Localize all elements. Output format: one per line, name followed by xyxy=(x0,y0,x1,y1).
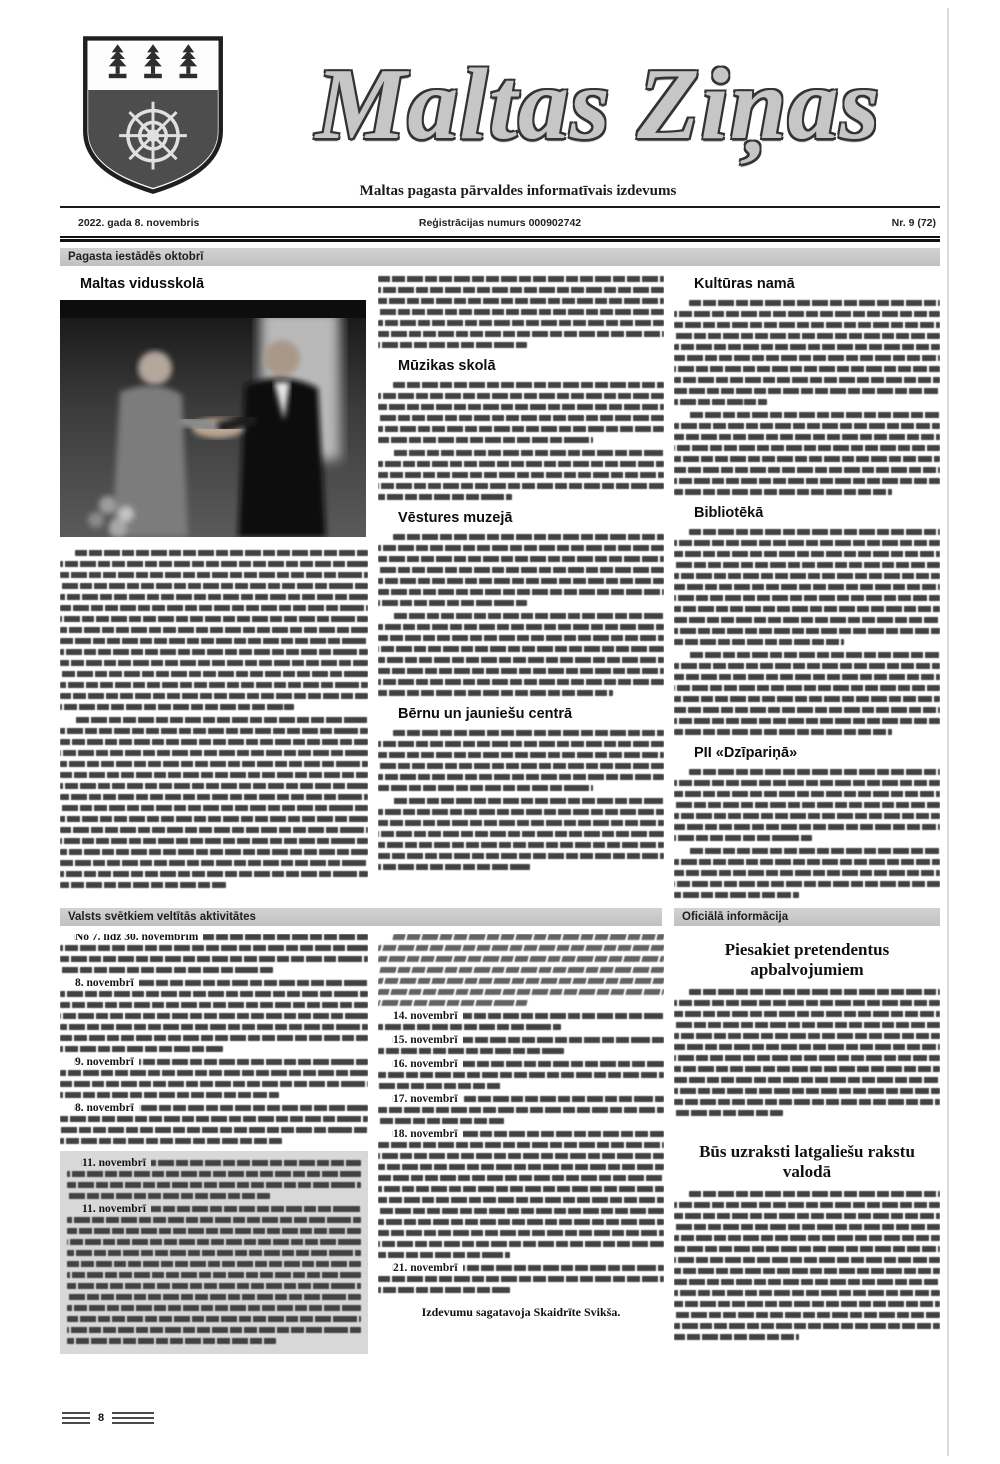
paragraph-text xyxy=(60,550,368,710)
coat-of-arms-icon xyxy=(78,34,228,196)
text-line xyxy=(60,671,368,677)
text-line xyxy=(67,1272,361,1278)
column-1: Maltas vidusskolā xyxy=(60,272,368,908)
text-line xyxy=(60,638,368,644)
text-line xyxy=(674,377,940,383)
paragraph-lead-date: 16. novembrī xyxy=(393,1058,463,1070)
text-line xyxy=(689,529,940,535)
paragraph-text: 14. novembrī xyxy=(378,1013,664,1030)
text-line xyxy=(378,1083,501,1089)
text-line xyxy=(60,1081,368,1087)
text-line xyxy=(60,794,368,800)
paragraph-lead-date: 11. novembrī xyxy=(82,1203,151,1215)
text-line xyxy=(378,635,664,641)
article-heading-kindergarten: PII «Dzīpariņā» xyxy=(694,745,940,761)
paragraph-text xyxy=(378,730,664,791)
article-body-continued xyxy=(378,276,664,348)
text-line xyxy=(60,772,368,778)
text-line xyxy=(378,763,664,769)
text-line xyxy=(378,624,664,630)
text-line xyxy=(378,1241,664,1247)
text-line xyxy=(689,412,940,418)
text-line xyxy=(378,690,613,696)
text-line xyxy=(674,870,940,876)
text-line xyxy=(378,978,664,984)
text-line xyxy=(674,1055,940,1061)
text-line xyxy=(674,628,940,634)
text-line xyxy=(689,989,940,995)
official-body-latgalian-signs xyxy=(674,1191,940,1340)
text-line xyxy=(60,1024,368,1030)
text-line xyxy=(60,693,368,699)
text-line xyxy=(674,729,892,735)
paragraph-lead-date: 9. novembrī xyxy=(75,1056,139,1068)
text-line xyxy=(378,1197,664,1203)
paragraph-text xyxy=(674,529,940,645)
paragraph-text xyxy=(378,450,664,500)
text-line xyxy=(674,478,940,484)
paragraph-text xyxy=(378,613,664,696)
text-line xyxy=(378,276,664,282)
text-line xyxy=(60,838,368,844)
paragraph-text xyxy=(378,276,664,348)
text-line xyxy=(674,606,940,612)
text-line xyxy=(674,835,812,841)
text-line xyxy=(378,1000,527,1006)
text-line xyxy=(674,1066,940,1072)
text-line xyxy=(60,991,368,997)
text-line xyxy=(378,342,527,348)
text-line xyxy=(674,1077,940,1083)
text-line xyxy=(674,1334,799,1340)
paragraph-lead-date: No 7. līdz 30. novembrim xyxy=(75,934,203,943)
text-line xyxy=(674,355,940,361)
text-line xyxy=(393,730,664,736)
paragraph-text xyxy=(60,717,368,888)
text-line xyxy=(393,534,664,540)
text-line xyxy=(67,1239,361,1245)
text-line xyxy=(674,685,940,691)
text-line xyxy=(378,741,664,747)
official-heading-latgalian-signs: Būs uzraksti latgaliešu rakstu valodā xyxy=(678,1142,936,1182)
text-line xyxy=(674,584,940,590)
text-line xyxy=(689,1191,940,1197)
text-line xyxy=(67,1171,361,1177)
text-line xyxy=(674,344,940,350)
text-line xyxy=(674,1235,940,1241)
text-line xyxy=(674,333,940,339)
text-line xyxy=(60,728,368,734)
text-line xyxy=(378,785,593,791)
official-heading-awards: Piesakiet pretendentus apbalvojumiem xyxy=(678,940,936,980)
text-line xyxy=(378,1208,664,1214)
paragraph-text xyxy=(378,798,664,870)
text-line xyxy=(378,679,664,685)
newspaper-page: Maltas Ziņas Maltas pagasta pārvaldes in… xyxy=(0,0,1000,1464)
paragraph-text xyxy=(378,382,664,443)
paragraph-text: 21. novembrī xyxy=(378,1265,664,1293)
activities-column-2: 14. novembrī15. novembrī16. novembrī17. … xyxy=(378,934,664,1414)
issue-number: Nr. 9 (72) xyxy=(892,217,936,229)
paragraph-lead-date: 8. novembrī xyxy=(75,1102,139,1114)
text-line xyxy=(60,750,368,756)
article-heading-library: Bibliotēkā xyxy=(694,505,940,521)
text-line xyxy=(60,945,368,951)
text-line xyxy=(378,668,664,674)
newspaper-title: Maltas Ziņas xyxy=(248,44,948,194)
text-line xyxy=(378,1072,664,1078)
text-line xyxy=(67,1217,361,1223)
text-line xyxy=(674,718,940,724)
text-line xyxy=(674,813,940,819)
text-line xyxy=(378,945,664,951)
paragraph-text xyxy=(674,412,940,495)
paragraph-lead-date: 17. novembrī xyxy=(393,1093,463,1105)
text-line xyxy=(378,589,664,595)
text-line xyxy=(674,1246,940,1252)
dateline-rule xyxy=(60,236,940,242)
paragraph-lead-date: 11. novembrī xyxy=(82,1157,151,1169)
article-heading-culture-house: Kultūras namā xyxy=(694,276,940,292)
text-line xyxy=(689,652,940,658)
text-line xyxy=(75,550,368,556)
text-line xyxy=(378,1287,510,1293)
text-line xyxy=(674,639,844,645)
paragraph-lead-date: 14. novembrī xyxy=(393,1010,463,1022)
text-line xyxy=(392,934,664,940)
dateline: 2022. gada 8. novembris Reģistrācijas nu… xyxy=(60,214,940,234)
text-line xyxy=(378,1153,664,1159)
text-line xyxy=(674,388,940,394)
text-line xyxy=(674,1022,940,1028)
article-heading-museum: Vēstures muzejā xyxy=(398,510,664,526)
article-heading-music: Mūzikas skolā xyxy=(398,358,664,374)
text-line xyxy=(674,1099,940,1105)
text-line xyxy=(674,1044,940,1050)
paragraph-text: 16. novembrī xyxy=(378,1061,664,1089)
text-line xyxy=(60,1116,368,1122)
article-body-museum xyxy=(378,534,664,696)
paragraph-lead-date: 15. novembrī xyxy=(393,1034,463,1046)
text-line xyxy=(378,578,664,584)
text-line xyxy=(674,595,940,601)
text-line xyxy=(674,445,940,451)
text-line xyxy=(60,1013,368,1019)
text-line xyxy=(67,1327,361,1333)
text-line xyxy=(378,956,664,962)
text-line xyxy=(378,1186,664,1192)
activities-list: 14. novembrī15. novembrī16. novembrī17. … xyxy=(378,934,664,1293)
text-line xyxy=(60,871,368,877)
column-3: Kultūras namā Bibliotēkā PII «Dzīpariņā» xyxy=(674,272,940,908)
text-line xyxy=(378,461,664,467)
text-line xyxy=(60,1035,368,1041)
text-line xyxy=(378,393,664,399)
text-line xyxy=(378,545,664,551)
paragraph-text xyxy=(674,652,940,735)
text-line xyxy=(378,472,664,478)
text-line xyxy=(393,382,664,388)
article-body-library xyxy=(674,529,940,735)
text-line xyxy=(378,967,664,973)
text-line xyxy=(674,399,767,405)
column-2: Mūzikas skolā Vēstures muzejā Bērnu un j… xyxy=(378,272,664,908)
text-line xyxy=(60,605,368,611)
text-line xyxy=(378,556,664,562)
text-line xyxy=(674,824,940,830)
text-line xyxy=(378,600,527,606)
scan-edge-artifact xyxy=(947,8,949,1456)
text-line xyxy=(674,1268,940,1274)
text-line xyxy=(378,853,664,859)
text-line xyxy=(378,1164,664,1170)
paragraph-text xyxy=(378,934,664,1006)
activities-column-1: No 7. līdz 30. novembrim8. novembrī9. no… xyxy=(60,934,368,1394)
paragraph-text xyxy=(674,769,940,841)
section-bar-activities: Valsts svētkiem veltītās aktivitātes xyxy=(60,908,662,926)
text-line xyxy=(674,1088,940,1094)
article-body-music xyxy=(378,382,664,500)
text-line xyxy=(674,1224,940,1230)
paragraph-text xyxy=(674,848,940,898)
paragraph-text: 8. novembrī xyxy=(60,1105,368,1144)
text-line xyxy=(378,567,664,573)
text-line xyxy=(60,616,368,622)
text-line xyxy=(378,1024,561,1030)
text-line xyxy=(378,1219,664,1225)
text-line xyxy=(674,892,799,898)
text-line xyxy=(60,1127,368,1133)
text-line xyxy=(674,1033,940,1039)
text-line xyxy=(60,1092,279,1098)
section-bar-label: Valsts svētkiem veltītās aktivitātes xyxy=(60,908,662,926)
paragraph-text: 18. novembrī xyxy=(378,1131,664,1258)
text-line xyxy=(378,809,664,815)
text-line xyxy=(60,583,368,589)
text-line xyxy=(674,456,940,462)
text-line xyxy=(674,573,940,579)
article-heading-school: Maltas vidusskolā xyxy=(80,276,368,292)
text-line xyxy=(378,1276,664,1282)
text-line xyxy=(674,1000,940,1006)
text-line xyxy=(674,1110,783,1116)
text-line xyxy=(674,1312,940,1318)
article-photo xyxy=(60,300,366,537)
text-line xyxy=(674,859,940,865)
text-line xyxy=(60,649,368,655)
text-line xyxy=(60,827,368,833)
paragraph-lead-date: 8. novembrī xyxy=(75,977,139,989)
text-line xyxy=(378,646,664,652)
text-line xyxy=(674,1279,940,1285)
paragraph-text xyxy=(674,989,940,1116)
text-line xyxy=(674,551,940,557)
text-line xyxy=(67,1305,361,1311)
text-line xyxy=(674,881,940,887)
text-line xyxy=(674,366,940,372)
text-line xyxy=(674,1290,940,1296)
text-line xyxy=(378,831,664,837)
article-body-school xyxy=(60,550,368,888)
article-body-youth-centre xyxy=(378,730,664,870)
text-line xyxy=(75,717,368,723)
paragraph-text: No 7. līdz 30. novembrim xyxy=(60,934,368,973)
text-line xyxy=(674,617,940,623)
text-line xyxy=(378,842,664,848)
text-line xyxy=(378,820,664,826)
text-line xyxy=(67,1182,361,1188)
article-heading-youth-centre: Bērnu un jauniešu centrā xyxy=(398,706,664,722)
paragraph-text xyxy=(674,1191,940,1340)
text-line xyxy=(378,657,664,663)
text-line xyxy=(674,311,940,317)
text-line xyxy=(378,1230,664,1236)
activities-list: No 7. līdz 30. novembrim8. novembrī9. no… xyxy=(60,934,368,1144)
text-line xyxy=(60,594,368,600)
text-line xyxy=(60,1070,368,1076)
text-line xyxy=(674,1202,940,1208)
section-bar-pagasta-iestades: Pagasta iestādēs oktobrī xyxy=(60,248,940,266)
text-line xyxy=(378,1118,504,1124)
text-line xyxy=(60,660,368,666)
text-line xyxy=(378,1048,564,1054)
editor-credit: Izdevumu sagatavoja Skaidrīte Svikša. xyxy=(378,1305,664,1320)
text-line xyxy=(674,802,940,808)
text-line xyxy=(378,774,664,780)
text-line xyxy=(67,1338,276,1344)
paragraph-text xyxy=(378,534,664,606)
text-line xyxy=(674,1301,940,1307)
text-line xyxy=(378,309,664,315)
text-line xyxy=(378,437,593,443)
text-line xyxy=(674,780,940,786)
paragraph-lead-date: 18. novembrī xyxy=(393,1128,463,1140)
text-line xyxy=(674,467,940,473)
text-line xyxy=(60,956,368,962)
text-line xyxy=(674,707,940,713)
official-info-column: Piesakiet pretendentus apbalvojumiem Būs… xyxy=(674,934,940,1394)
text-line xyxy=(67,1294,361,1300)
text-line xyxy=(378,404,664,410)
text-line xyxy=(60,783,368,789)
section-bar-official: Oficiālā informācija xyxy=(674,908,940,926)
text-line xyxy=(378,331,664,337)
text-line xyxy=(674,423,940,429)
paragraph-text: 8. novembrī xyxy=(60,980,368,1052)
text-line xyxy=(378,298,664,304)
text-line xyxy=(60,805,368,811)
text-line xyxy=(674,322,940,328)
paragraph-text: 17. novembrī xyxy=(378,1096,664,1124)
text-line xyxy=(674,1213,940,1219)
text-line xyxy=(378,426,664,432)
text-line xyxy=(378,752,664,758)
text-line xyxy=(674,540,940,546)
text-line xyxy=(67,1193,270,1199)
text-line xyxy=(674,1257,940,1263)
text-line xyxy=(674,434,940,440)
page-number-strip: 8 xyxy=(62,1412,154,1427)
highlight-box: 11. novembrī11. novembrī xyxy=(60,1151,368,1354)
text-line xyxy=(60,860,368,866)
text-line xyxy=(674,696,940,702)
text-line xyxy=(60,849,368,855)
text-line xyxy=(67,1316,361,1322)
section-bar-label: Oficiālā informācija xyxy=(674,908,940,926)
official-body-awards xyxy=(674,989,940,1116)
text-line xyxy=(378,1252,510,1258)
text-line xyxy=(393,613,664,619)
registration-number: Reģistrācijas numurs 000902742 xyxy=(60,217,940,229)
text-line xyxy=(689,848,940,854)
text-line xyxy=(60,1046,223,1052)
text-line xyxy=(60,572,368,578)
text-line xyxy=(393,798,664,804)
text-line xyxy=(60,704,294,710)
text-line xyxy=(60,761,368,767)
newspaper-subtitle: Maltas pagasta pārvaldes informatīvais i… xyxy=(258,183,778,200)
text-line xyxy=(378,1175,664,1181)
text-line xyxy=(689,769,940,775)
text-line xyxy=(67,1283,361,1289)
text-line xyxy=(674,489,892,495)
paragraph-text: 15. novembrī xyxy=(378,1037,664,1054)
text-line xyxy=(378,494,512,500)
text-line xyxy=(378,483,664,489)
text-line xyxy=(393,450,664,456)
text-line xyxy=(674,562,940,568)
text-line xyxy=(378,287,664,293)
text-line xyxy=(67,1250,361,1256)
text-line xyxy=(689,300,940,306)
text-line xyxy=(378,864,530,870)
text-line xyxy=(674,663,940,669)
text-line xyxy=(60,967,273,973)
text-line xyxy=(60,816,368,822)
text-line xyxy=(60,882,226,888)
text-line xyxy=(378,1142,664,1148)
text-line xyxy=(60,1002,368,1008)
page-number: 8 xyxy=(90,1412,112,1427)
text-line xyxy=(378,1107,664,1113)
text-line xyxy=(674,674,940,680)
text-line xyxy=(60,561,368,567)
text-line xyxy=(674,1011,940,1017)
text-line xyxy=(378,415,664,421)
paragraph-text: 9. novembrī xyxy=(60,1059,368,1098)
text-line xyxy=(674,791,940,797)
text-line xyxy=(60,739,368,745)
section-bar-label: Pagasta iestādēs oktobrī xyxy=(60,248,940,266)
text-line xyxy=(60,682,368,688)
text-line xyxy=(67,1261,361,1267)
text-line xyxy=(378,989,664,995)
paragraph-text: 11. novembrī xyxy=(67,1206,361,1344)
paragraph-text xyxy=(674,300,940,405)
text-line xyxy=(67,1228,361,1234)
text-line xyxy=(674,1323,940,1329)
paragraph-text: 11. novembrī xyxy=(67,1160,361,1199)
text-line xyxy=(378,320,664,326)
text-line xyxy=(60,627,368,633)
paragraph-lead-date: 21. novembrī xyxy=(393,1262,463,1274)
masthead-rule xyxy=(60,206,940,208)
article-body-kindergarten xyxy=(674,769,940,898)
text-line xyxy=(60,1138,282,1144)
article-body-culture-house xyxy=(674,300,940,495)
